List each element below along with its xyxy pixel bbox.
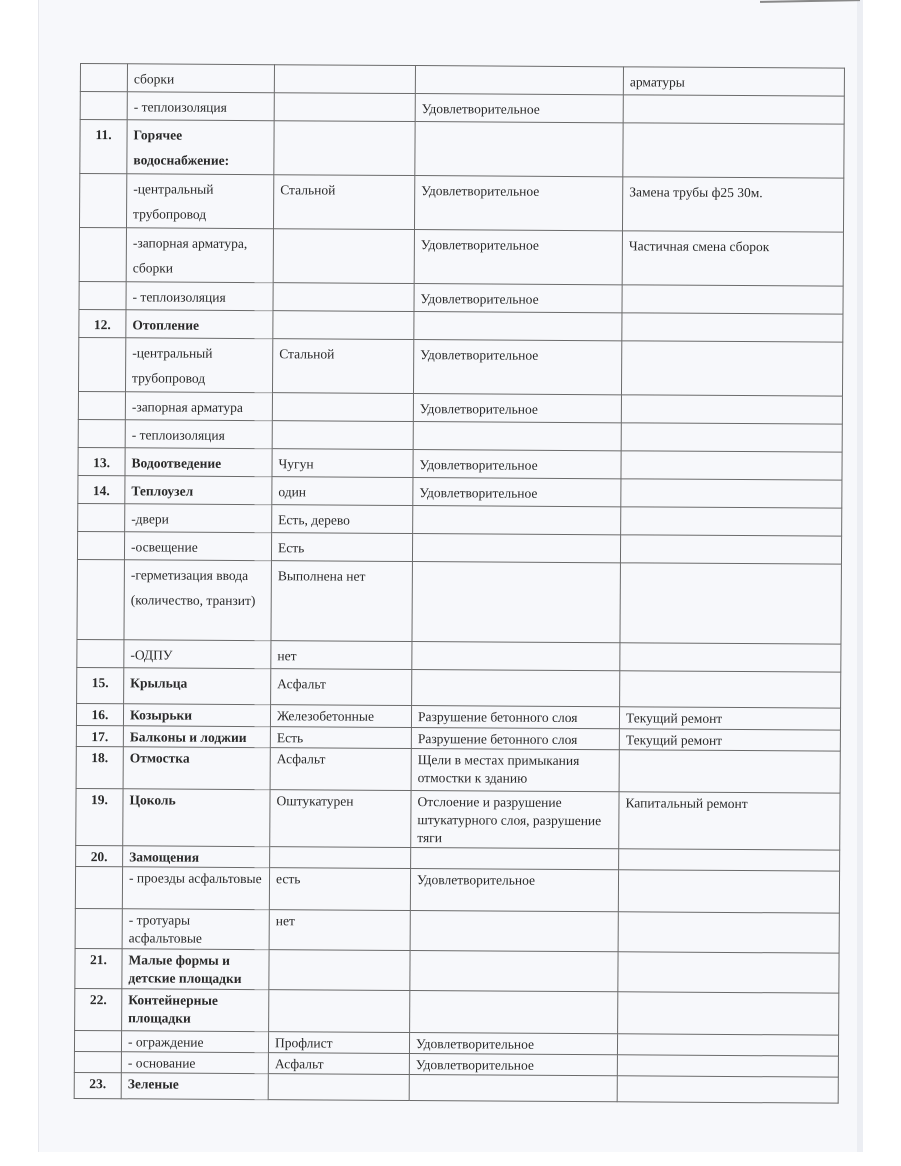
- condition-cell: [412, 670, 620, 707]
- item-number: 16.: [76, 703, 123, 725]
- required-work-cell: [619, 750, 840, 793]
- element-name: Малые формы и детские площадки: [122, 949, 269, 990]
- material-cell: Асфальт: [270, 748, 411, 791]
- material-cell: нет: [269, 910, 410, 951]
- required-work-cell: [620, 535, 841, 564]
- element-name: Контейнерные площадки: [122, 989, 269, 1032]
- required-work-cell: [618, 952, 839, 993]
- material-cell: Есть: [270, 727, 411, 749]
- table-row: 12.Отопление: [79, 309, 843, 342]
- element-name: Цоколь: [123, 789, 270, 847]
- item-number: 23.: [74, 1072, 121, 1098]
- condition-cell: Разрушение бетонного слоя: [411, 728, 619, 750]
- condition-cell: [412, 642, 620, 671]
- required-work-cell: [621, 341, 842, 396]
- item-number: 20.: [76, 845, 123, 866]
- item-number: 22.: [75, 988, 122, 1030]
- table-row: -запорная арматураУдовлетворительное: [78, 391, 842, 424]
- required-work-cell: [622, 313, 843, 342]
- condition-cell: Удовлетворительное: [413, 340, 621, 395]
- table-row: 21.Малые формы и детские площадки: [75, 948, 839, 993]
- required-work-cell: [621, 507, 842, 536]
- material-cell: [274, 121, 415, 176]
- material-cell: один: [272, 477, 413, 506]
- material-cell: есть: [269, 868, 410, 911]
- required-work-cell: Текущий ремонт: [619, 707, 840, 730]
- element-name: Водоотведение: [125, 448, 272, 477]
- table-row: 19.ЦокольОштукатуренОтслоение и разрушен…: [76, 788, 840, 850]
- condition-cell: [412, 534, 620, 563]
- required-work-cell: [618, 870, 839, 913]
- element-name: -освещение: [124, 532, 271, 561]
- material-cell: Чугун: [272, 449, 413, 478]
- required-work-cell: Текущий ремонт: [619, 729, 840, 751]
- required-work-cell: [620, 671, 841, 708]
- table-row: 11.Горячее водоснабжение:: [80, 120, 844, 179]
- item-number: [78, 419, 125, 447]
- element-name: Зеленые: [121, 1073, 268, 1100]
- condition-cell: [413, 422, 621, 451]
- condition-cell: [414, 312, 622, 341]
- item-number: [79, 227, 126, 281]
- item-number: [77, 531, 124, 559]
- element-name: сборки: [127, 64, 274, 93]
- condition-cell: Отслоение и разрушение штукатурного слоя…: [411, 791, 619, 849]
- item-number: [77, 559, 124, 639]
- required-work-cell: [621, 395, 842, 424]
- item-number: [78, 391, 125, 419]
- item-number: [79, 174, 126, 228]
- condition-cell: Удовлетворительное: [413, 394, 621, 423]
- table-row: 13.ВодоотведениеЧугунУдовлетворительное: [78, 447, 842, 480]
- element-name: Теплоузел: [125, 476, 272, 505]
- table-row: 23.Зеленые: [74, 1072, 838, 1103]
- required-work-cell: [620, 563, 841, 644]
- item-number: [78, 503, 125, 531]
- table-row: - проезды асфальтовыеестьУдовлетворитель…: [75, 866, 839, 913]
- table-row: - теплоизоляция: [78, 419, 842, 452]
- required-work-cell: арматуры: [623, 67, 844, 96]
- item-number: [80, 64, 127, 92]
- item-number: 14.: [78, 475, 125, 503]
- condition-cell: [415, 66, 623, 95]
- material-cell: Стальной: [272, 339, 413, 394]
- condition-cell: [409, 1075, 617, 1102]
- table-row: - теплоизоляцияУдовлетворительное: [79, 281, 843, 314]
- condition-cell: [410, 911, 618, 952]
- material-cell: [274, 65, 415, 94]
- element-name: -ОДПУ: [124, 640, 271, 669]
- scan-edge: [857, 0, 863, 1152]
- element-name: - проезды асфальтовые: [122, 867, 269, 910]
- material-cell: нет: [271, 641, 412, 670]
- table-row: 22.Контейнерные площадки: [75, 988, 839, 1035]
- required-work-cell: [621, 423, 842, 452]
- table-row: -освещениеЕсть: [77, 531, 841, 564]
- element-name: Замощения: [123, 846, 270, 868]
- element-name: Балконы и лоджии: [123, 726, 270, 748]
- inspection-table-body: сборкиарматуры- теплоизоляцияУдовлетвори…: [74, 64, 844, 1104]
- table-row: 14.ТеплоузелодинУдовлетворительное: [78, 475, 842, 508]
- table-row: 15.КрыльцаАсфальт: [77, 667, 841, 708]
- material-cell: Есть, дерево: [272, 505, 413, 534]
- condition-cell: Удовлетворительное: [414, 284, 622, 313]
- required-work-cell: [617, 1076, 838, 1103]
- inspection-table: сборкиарматуры- теплоизоляцияУдовлетвори…: [74, 63, 845, 1104]
- material-cell: [269, 950, 410, 991]
- material-cell: Оштукатурен: [270, 790, 411, 848]
- element-name: Отмостка: [123, 747, 270, 790]
- required-work-cell: Капитальный ремонт: [619, 792, 840, 850]
- element-name: -центральный трубопровод: [126, 174, 273, 229]
- item-number: [77, 639, 124, 667]
- material-cell: [273, 229, 414, 284]
- element-name: -запорная арматура, сборки: [126, 228, 273, 283]
- element-name: -герметизация ввода (количество, транзит…: [124, 560, 271, 641]
- condition-cell: [415, 122, 623, 177]
- material-cell: Асфальт: [268, 1053, 409, 1075]
- item-number: [78, 337, 125, 391]
- required-work-cell: [617, 1034, 838, 1056]
- material-cell: Железобетонные: [270, 705, 411, 728]
- condition-cell: [412, 562, 620, 643]
- item-number: [74, 1051, 121, 1072]
- required-work-cell: [618, 992, 839, 1035]
- table-row: -запорная арматура, сборкиУдовлетворител…: [79, 227, 843, 286]
- item-number: 11.: [80, 120, 127, 174]
- element-name: Горячее водоснабжение:: [127, 120, 274, 175]
- element-name: -запорная арматура: [125, 392, 272, 421]
- element-name: - теплоизоляция: [125, 420, 272, 449]
- item-number: 21.: [75, 948, 122, 988]
- item-number: [75, 908, 122, 948]
- material-cell: Выполнена нет: [271, 561, 412, 642]
- condition-cell: Удовлетворительное: [413, 478, 621, 507]
- condition-cell: Удовлетворительное: [409, 1054, 617, 1076]
- element-name: Козырьки: [123, 704, 270, 727]
- condition-cell: Удовлетворительное: [410, 869, 618, 912]
- element-name: - теплоизоляция: [126, 282, 273, 311]
- required-work-cell: [618, 912, 839, 953]
- material-cell: [272, 421, 413, 450]
- condition-cell: Щели в местах примыкания отмостки к здан…: [411, 749, 619, 792]
- condition-cell: [410, 951, 618, 992]
- element-name: Отопление: [126, 310, 273, 339]
- condition-cell: Удовлетворительное: [415, 94, 623, 123]
- table-row: 18.ОтмосткаАсфальтЩели в местах примыкан…: [76, 746, 840, 793]
- required-work-cell: [617, 1055, 838, 1077]
- element-name: - теплоизоляция: [127, 92, 274, 121]
- required-work-cell: [621, 479, 842, 508]
- required-work-cell: [619, 849, 840, 871]
- condition-cell: Удовлетворительное: [413, 450, 621, 479]
- condition-cell: Удовлетворительное: [414, 230, 622, 285]
- required-work-cell: [623, 123, 844, 178]
- item-number: [80, 92, 127, 120]
- item-number: 12.: [79, 309, 126, 337]
- item-number: [75, 866, 122, 908]
- table-row: -герметизация ввода (количество, транзит…: [77, 559, 841, 644]
- item-number: 13.: [78, 447, 125, 475]
- condition-cell: [410, 991, 618, 1034]
- table-row: -центральный трубопроводСтальнойУдовлетв…: [79, 174, 843, 233]
- material-cell: Профлист: [268, 1032, 409, 1054]
- element-name: - ограждение: [121, 1031, 268, 1053]
- material-cell: [269, 990, 410, 1033]
- required-work-cell: Замена трубы ф25 30м.: [622, 177, 843, 232]
- element-name: - тротуары асфальтовые: [122, 909, 269, 950]
- table-row: - тротуары асфальтовыенет: [75, 908, 839, 953]
- element-name: Крыльца: [124, 668, 271, 705]
- required-work-cell: [620, 643, 841, 672]
- material-cell: Есть: [271, 533, 412, 562]
- required-work-cell: [622, 285, 843, 314]
- condition-cell: Удовлетворительное: [409, 1033, 617, 1055]
- material-cell: [270, 847, 411, 869]
- item-number: [79, 281, 126, 309]
- table-row: -центральный трубопроводСтальнойУдовлетв…: [78, 337, 842, 396]
- material-cell: [268, 1074, 409, 1101]
- material-cell: [273, 311, 414, 340]
- material-cell: [272, 393, 413, 422]
- element-name: - основание: [121, 1052, 268, 1074]
- material-cell: Стальной: [273, 175, 414, 230]
- condition-cell: [411, 848, 619, 870]
- required-work-cell: Частичная смена сборок: [622, 231, 843, 286]
- condition-cell: Удовлетворительное: [414, 176, 622, 231]
- element-name: -двери: [125, 504, 272, 533]
- item-number: 19.: [76, 788, 123, 845]
- item-number: [74, 1030, 121, 1051]
- item-number: 18.: [76, 746, 123, 788]
- item-number: 17.: [76, 725, 123, 746]
- material-cell: [273, 283, 414, 312]
- material-cell: Асфальт: [271, 669, 412, 706]
- condition-cell: [413, 506, 621, 535]
- element-name: -центральный трубопровод: [125, 338, 272, 393]
- table-row: - теплоизоляцияУдовлетворительное: [80, 92, 844, 125]
- material-cell: [274, 93, 415, 122]
- required-work-cell: [621, 451, 842, 480]
- condition-cell: Разрушение бетонного слоя: [411, 706, 619, 729]
- required-work-cell: [623, 95, 844, 124]
- item-number: 15.: [77, 667, 124, 703]
